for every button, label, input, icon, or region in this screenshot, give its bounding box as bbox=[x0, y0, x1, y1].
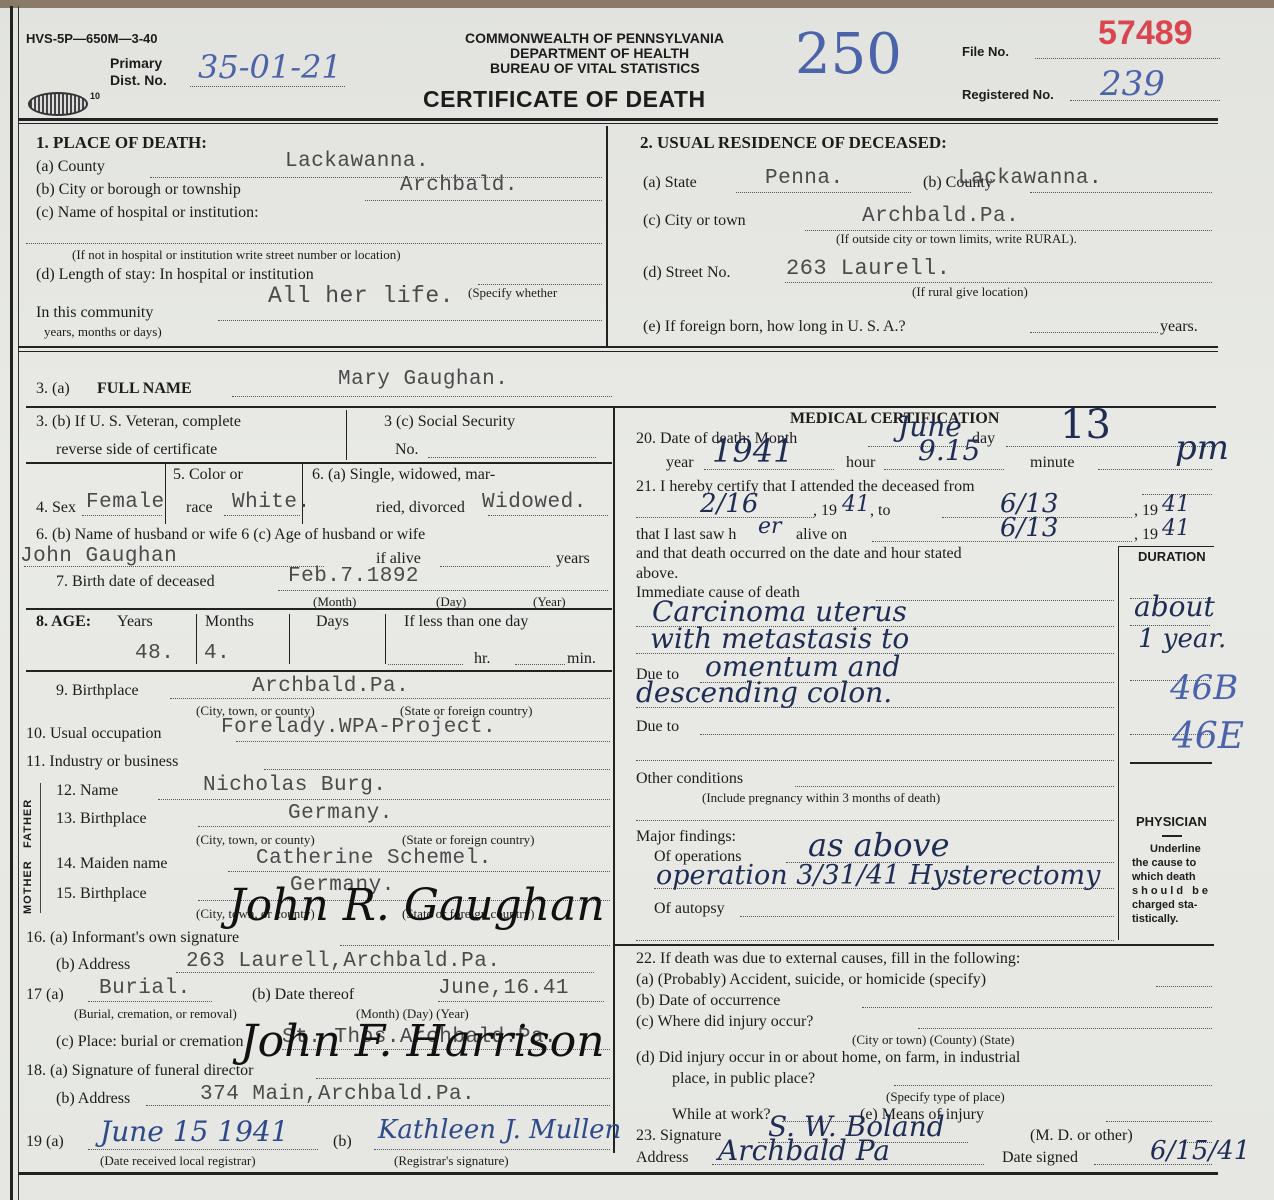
external-c-note: (City or town) (County) (State) bbox=[852, 1032, 1014, 1048]
father-side-label: FATHER bbox=[22, 799, 34, 848]
left-border-inner bbox=[18, 6, 19, 1200]
external-d-label: (d) Did injury occur in or about home, o… bbox=[636, 1049, 1020, 1067]
birth-date-label: 7. Birth date of deceased bbox=[56, 573, 215, 591]
father-city-note: (City, town, or county) bbox=[196, 832, 315, 848]
death-hour-label: hour bbox=[846, 454, 875, 472]
major-findings-label: Major findings: bbox=[636, 828, 736, 846]
physician-address-label: Address bbox=[636, 1149, 688, 1167]
county-value: Lackawanna. bbox=[285, 150, 429, 173]
mother-birthplace-label: 15. Birthplace bbox=[56, 885, 147, 903]
left-border bbox=[10, 6, 13, 1200]
race-value: White. bbox=[232, 491, 311, 514]
from-year-prefix: , 19 bbox=[813, 502, 837, 520]
color-label: 5. Color or bbox=[173, 466, 243, 484]
date-signed-label: Date signed bbox=[1002, 1149, 1078, 1167]
residence-state-value: Penna. bbox=[765, 167, 844, 190]
informant-address-value: 263 Laurell,Archbald.Pa. bbox=[186, 950, 500, 973]
less-than-day-label: If less than one day bbox=[404, 613, 528, 631]
last-saw-label-2: alive on bbox=[796, 526, 847, 544]
file-no-label: File No. bbox=[962, 44, 1009, 59]
duration-heading: DURATION bbox=[1138, 549, 1206, 564]
physician-heading: PHYSICIAN bbox=[1136, 814, 1207, 829]
stated-label-2: above. bbox=[636, 565, 678, 583]
birthplace-label: 9. Birthplace bbox=[56, 682, 139, 700]
autopsy-label: Of autopsy bbox=[654, 900, 725, 918]
to-label: , to bbox=[870, 502, 890, 520]
medical-heading: MEDICAL CERTIFICATION bbox=[790, 410, 999, 428]
external-d-label-2: place, in public place? bbox=[672, 1070, 815, 1088]
foreign-born-label: (e) If foreign born, how long in U. S. A… bbox=[643, 318, 906, 336]
registrar-signature: Kathleen J. Mullen bbox=[378, 1115, 621, 1145]
external-c-label: (c) Where did injury occur? bbox=[636, 1013, 813, 1031]
external-heading: 22. If death was due to external causes,… bbox=[636, 950, 1020, 968]
age-label: 8. AGE: bbox=[36, 613, 91, 631]
birthplace-value: Archbald.Pa. bbox=[252, 675, 409, 698]
agency-line-2: DEPARTMENT OF HEALTH bbox=[510, 45, 689, 61]
marital-label: 6. (a) Single, widowed, mar- bbox=[312, 466, 495, 484]
full-name-label: FULL NAME bbox=[97, 380, 192, 398]
from-year-value: 41 bbox=[842, 492, 870, 517]
ssn-label-2: No. bbox=[395, 441, 419, 459]
death-certificate: HVS-5P—650M—3-40 Primary Dist. No. 35-01… bbox=[0, 0, 1274, 1200]
disposition-label: 17 (a) bbox=[26, 986, 64, 1004]
last-saw-pronoun: er bbox=[758, 514, 782, 539]
union-label-number: 10 bbox=[90, 91, 100, 101]
funeral-director-signature: John F. Harrison bbox=[240, 1016, 605, 1067]
city-label: (b) City or borough or township bbox=[36, 181, 241, 199]
community-value: All her life. bbox=[268, 283, 454, 309]
last-saw-year-prefix: , 19 bbox=[1134, 526, 1158, 544]
spouse-label: 6. (b) Name of husband or wife 6 (c) Age… bbox=[36, 526, 425, 544]
residence-county-value: Lackawanna. bbox=[958, 167, 1102, 190]
specify-note-2: years, months or days) bbox=[44, 324, 162, 340]
residence-street-value: 263 Laurell. bbox=[786, 256, 950, 281]
residence-city-note: (If outside city or town limits, write R… bbox=[836, 231, 1077, 247]
occupation-value: Forelady.WPA-Project. bbox=[221, 716, 496, 739]
external-a-label: (a) (Probably) Accident, suicide, or hom… bbox=[636, 971, 986, 989]
registered-no-label: Registered No. bbox=[962, 87, 1054, 102]
director-address-label: (b) Address bbox=[56, 1090, 130, 1108]
scan-edge bbox=[0, 0, 1274, 8]
marital-value: Widowed. bbox=[482, 491, 587, 514]
other-conditions-label: Other conditions bbox=[636, 770, 743, 788]
physician-note-2: the cause to bbox=[1132, 857, 1196, 869]
external-d-note: (Specify type of place) bbox=[886, 1089, 1005, 1105]
registrar-sig-note: (Registrar's signature) bbox=[394, 1153, 509, 1169]
physician-note-6: tistically. bbox=[1132, 913, 1178, 925]
age-years-label: Years bbox=[117, 613, 153, 631]
external-b-label: (b) Date of occurrence bbox=[636, 992, 780, 1010]
father-birthplace-value: Germany. bbox=[288, 802, 393, 825]
union-label-icon bbox=[28, 92, 88, 116]
death-hour-value: 9.15 bbox=[918, 434, 980, 467]
foreign-born-suffix: years. bbox=[1160, 318, 1198, 336]
hr-label: hr. bbox=[474, 650, 490, 668]
years-label: years bbox=[556, 550, 590, 568]
operations-value-1: as above bbox=[808, 826, 950, 864]
informant-address-label: (b) Address bbox=[56, 956, 130, 974]
disposition-date-value: June,16.41 bbox=[438, 977, 569, 1000]
mother-maiden-value: Catherine Schemel. bbox=[256, 847, 492, 870]
death-minute-label: minute bbox=[1030, 454, 1074, 472]
ssn-label: 3 (c) Social Security bbox=[384, 413, 515, 431]
length-of-stay-label: (d) Length of stay: In hospital or insti… bbox=[36, 266, 314, 284]
disposition-date-label: (b) Date thereof bbox=[252, 986, 354, 1004]
physician-note-3: which death bbox=[1132, 871, 1196, 883]
residence-city-value: Archbald.Pa. bbox=[862, 205, 1019, 228]
file-no-value: 57489 bbox=[1098, 14, 1193, 53]
duration-line-2: 1 year. bbox=[1138, 624, 1226, 654]
father-name-value: Nicholas Burg. bbox=[203, 774, 386, 797]
hospital-label: (c) Name of hospital or institution: bbox=[36, 204, 259, 222]
specify-note: (Specify whether bbox=[468, 285, 557, 301]
duration-line-1: about bbox=[1134, 590, 1215, 623]
informant-signature: John R. Gaughan bbox=[228, 880, 605, 931]
handwritten-number: 250 bbox=[795, 22, 902, 87]
spouse-value: John Gaughan bbox=[20, 545, 177, 568]
form-code: HVS-5P—650M—3-40 bbox=[26, 31, 158, 46]
cause-code-1: 46B bbox=[1170, 668, 1238, 708]
funeral-director-label: 18. (a) Signature of funeral director bbox=[26, 1062, 253, 1080]
last-saw-label: that I last saw h bbox=[636, 526, 736, 544]
sex-label: 4. Sex bbox=[36, 499, 76, 517]
certify-label: 21. I hereby certify that I attended the… bbox=[636, 478, 975, 496]
place-of-death-heading: 1. PLACE OF DEATH: bbox=[36, 133, 207, 153]
death-year-value: 1941 bbox=[712, 432, 793, 470]
veteran-label-2: reverse side of certificate bbox=[56, 441, 217, 459]
physician-note-1: Underline bbox=[1150, 843, 1201, 855]
county-label: (a) County bbox=[36, 158, 105, 176]
marital-label-2: ried, divorced bbox=[376, 499, 465, 517]
last-saw-year-value: 41 bbox=[1162, 516, 1190, 541]
date-received-note: (Date received local registrar) bbox=[100, 1153, 256, 1169]
physician-address-value: Archbald Pa bbox=[718, 1134, 890, 1167]
date-signed-value: 6/15/41 bbox=[1150, 1136, 1250, 1166]
certificate-title: CERTIFICATE OF DEATH bbox=[423, 86, 706, 113]
disposition-note: (Burial, cremation, or removal) bbox=[74, 1006, 237, 1022]
mother-side-label: MOTHER bbox=[22, 860, 34, 914]
veteran-label: 3. (b) If U. S. Veteran, complete bbox=[36, 413, 241, 431]
cause-code-2: 46E bbox=[1172, 716, 1244, 757]
burial-place-label: (c) Place: burial or cremation bbox=[56, 1033, 243, 1051]
death-ampm-value: pm bbox=[1175, 428, 1229, 468]
hospital-note: (If not in hospital or institution write… bbox=[72, 247, 401, 263]
residence-state-label: (a) State bbox=[643, 174, 697, 192]
registrar-sig-label: (b) bbox=[333, 1133, 352, 1151]
city-value: Archbald. bbox=[400, 174, 518, 197]
primary-dist-label: Primary bbox=[110, 55, 162, 71]
due-to-line-2: descending colon. bbox=[636, 676, 892, 709]
father-state-note: (State or foreign country) bbox=[402, 832, 534, 848]
sex-value: Female bbox=[86, 491, 165, 514]
physician-note-5: charged sta- bbox=[1132, 899, 1197, 911]
death-year-label: year bbox=[666, 454, 694, 472]
physician-signature-label: 23. Signature bbox=[636, 1127, 721, 1145]
father-birthplace-label: 13. Birthplace bbox=[56, 810, 147, 828]
other-conditions-note: (Include pregnancy within 3 months of de… bbox=[702, 790, 940, 806]
agency-line-1: COMMONWEALTH OF PENNSYLVANIA bbox=[465, 30, 724, 46]
full-name-number: 3. (a) bbox=[36, 380, 70, 398]
last-saw-value: 6/13 bbox=[1000, 513, 1058, 543]
community-label: In this community bbox=[36, 304, 153, 322]
industry-label: 11. Industry or business bbox=[26, 753, 178, 771]
death-day-value: 13 bbox=[1060, 402, 1111, 448]
age-months-value: 4. bbox=[204, 642, 230, 665]
attended-from-value: 2/16 bbox=[700, 489, 758, 519]
while-at-work-label: While at work? bbox=[672, 1106, 771, 1124]
father-name-label: 12. Name bbox=[56, 782, 118, 800]
race-label: race bbox=[186, 499, 213, 517]
mother-maiden-label: 14. Maiden name bbox=[56, 855, 168, 873]
director-address-value: 374 Main,Archbald.Pa. bbox=[200, 1083, 475, 1106]
primary-dist-value: 35-01-21 bbox=[198, 48, 342, 86]
residence-street-note: (If rural give location) bbox=[912, 284, 1028, 300]
stated-label: and that death occurred on the date and … bbox=[636, 545, 962, 563]
residence-city-label: (c) City or town bbox=[643, 212, 746, 230]
residence-heading: 2. USUAL RESIDENCE OF DECEASED: bbox=[640, 133, 947, 153]
registered-no-value: 239 bbox=[1100, 64, 1165, 104]
age-years-value: 48. bbox=[135, 642, 174, 665]
disposition-value: Burial. bbox=[99, 977, 191, 1000]
operations-value-2: operation 3/31/41 Hysterectomy bbox=[656, 860, 1100, 891]
age-months-label: Months bbox=[205, 613, 254, 631]
registrar-number: 19 (a) bbox=[26, 1133, 64, 1151]
to-year-prefix: , 19 bbox=[1134, 502, 1158, 520]
age-days-label: Days bbox=[316, 613, 349, 631]
to-year-value: 41 bbox=[1162, 492, 1190, 517]
physician-note-4: should be bbox=[1132, 885, 1211, 897]
residence-street-label: (d) Street No. bbox=[643, 264, 731, 282]
date-received-value: June 15 1941 bbox=[100, 1115, 289, 1148]
birth-date-value: Feb.7.1892 bbox=[288, 565, 419, 588]
agency-line-3: BUREAU OF VITAL STATISTICS bbox=[490, 60, 700, 76]
min-label: min. bbox=[567, 650, 596, 668]
primary-dist-label-2: Dist. No. bbox=[110, 72, 167, 88]
full-name-value: Mary Gaughan. bbox=[338, 368, 508, 391]
due-to-label-2: Due to bbox=[636, 718, 679, 736]
occupation-label: 10. Usual occupation bbox=[26, 725, 162, 743]
md-label: (M. D. or other) bbox=[1030, 1127, 1133, 1145]
informant-signature-label: 16. (a) Informant's own signature bbox=[26, 929, 239, 947]
